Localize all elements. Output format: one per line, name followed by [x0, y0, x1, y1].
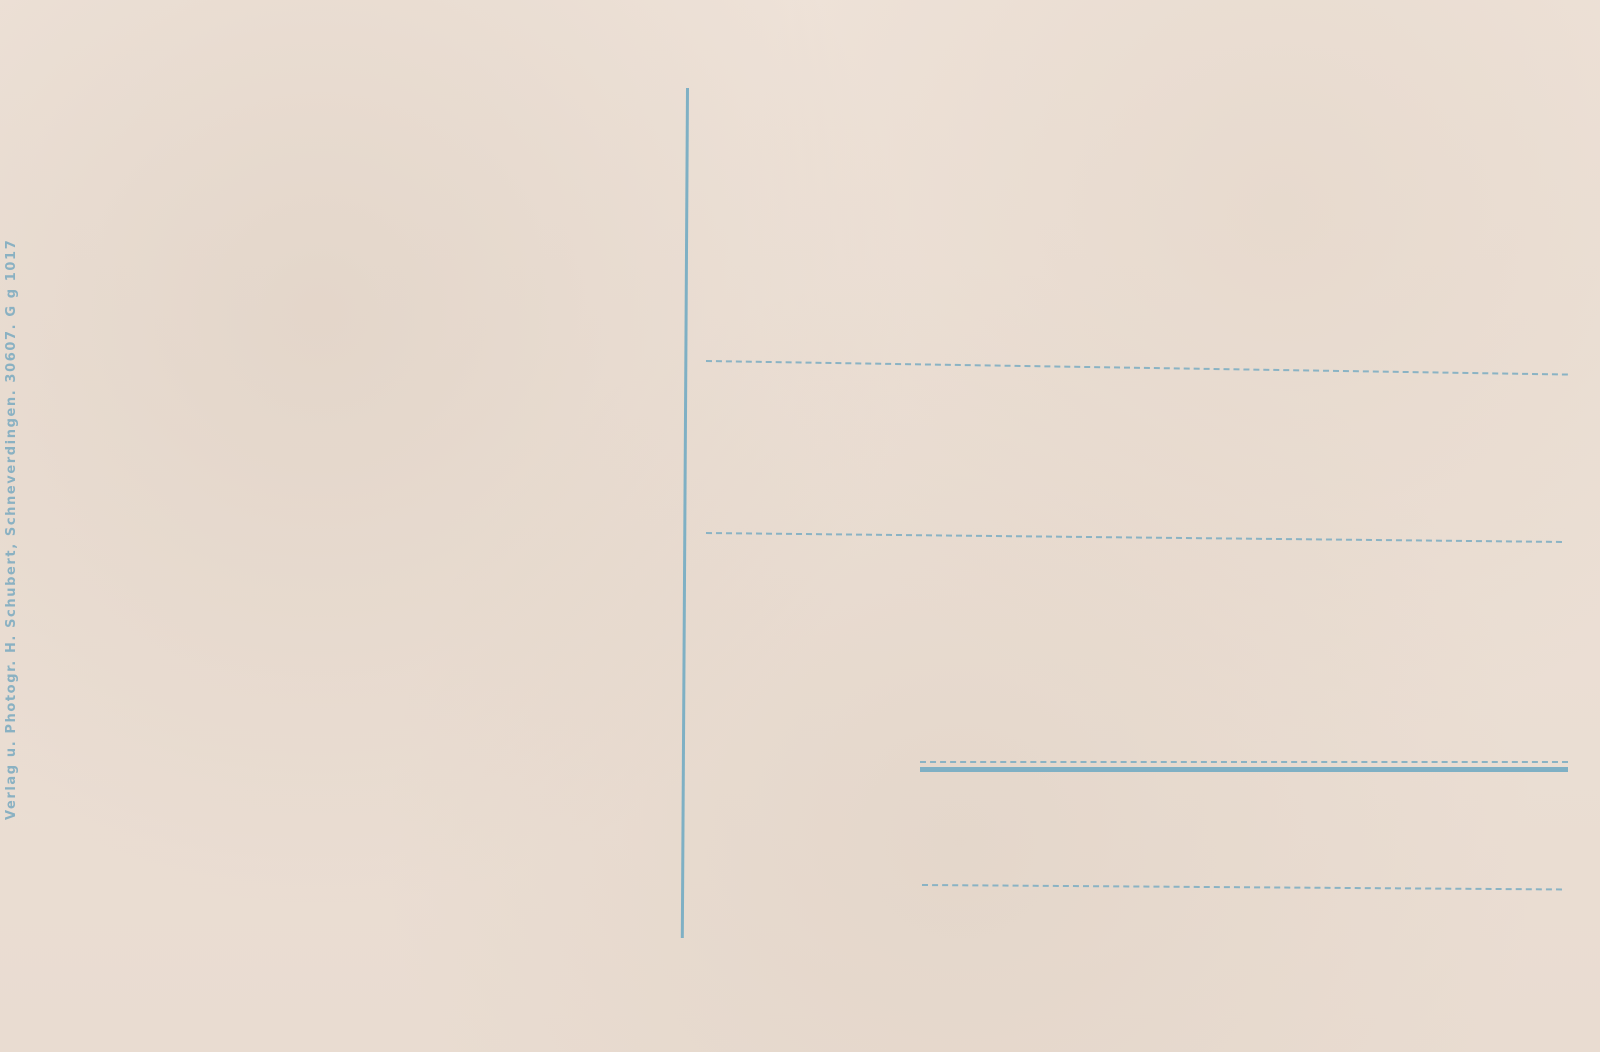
address-line-4 [922, 884, 1562, 890]
center-divider-line [681, 88, 689, 938]
address-line-3-dashed [920, 761, 1568, 763]
postcard-back: Verlag u. Photogr. H. Schubert, Schnever… [0, 0, 1600, 1052]
address-line-2 [706, 532, 1562, 543]
address-line-3-solid [920, 767, 1568, 772]
address-line-1 [706, 360, 1568, 376]
publisher-imprint: Verlag u. Photogr. H. Schubert, Schnever… [4, 239, 19, 820]
